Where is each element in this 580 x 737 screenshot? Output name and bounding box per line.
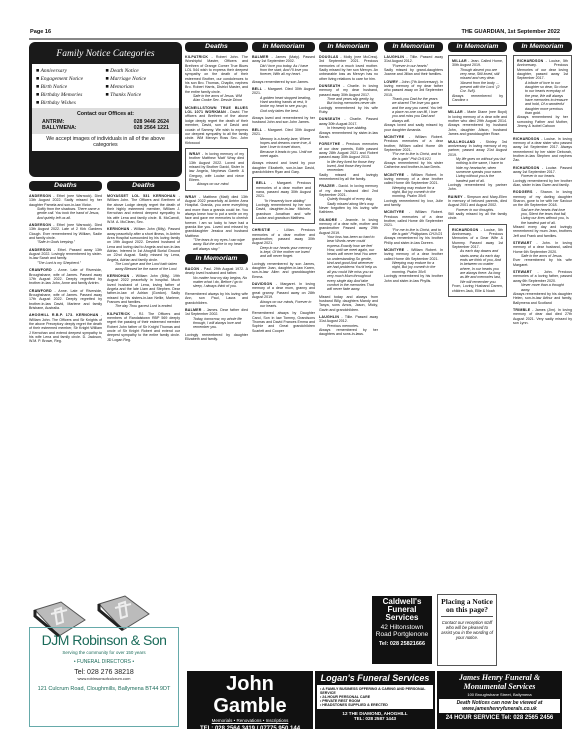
ad-phone: Tel: 028 276 38218 [34, 669, 174, 676]
ad-address: 100 Broughshane Street, Ballymena [439, 692, 560, 697]
notice-remembered-by: Missed every day and lovingly remembered… [513, 225, 572, 238]
notice-entry: FORSYTHE - Precious memories of our dear… [319, 142, 378, 181]
category-item: Marriage Notice [106, 76, 176, 82]
notice-entry: BELL - Margaret. Precious memories of a … [252, 177, 315, 224]
notice-verse: "The tears in my eyes I can wipe away. B… [185, 238, 248, 251]
notice-text: - Marie Diane (nee Boyd) In loving memor… [448, 110, 507, 136]
ad-line: • A FAMILY BUSINESS OFFERING A CARING AN… [320, 687, 430, 695]
contact-offices: Contact our Offices at: ANTRIM:028 9446 … [32, 108, 179, 134]
ad-services-list: • A FAMILY BUSINESS OFFERING A CARING AN… [317, 685, 433, 709]
notice-verse: As each day dawns and starts anew, As ea… [452, 249, 503, 284]
notice-entry: RAINEY - Simpson and Mary-Ellen In memor… [448, 195, 507, 221]
ad-service: • FUNERAL DIRECTORS • [34, 659, 174, 665]
notice-text: - RJ. The Officers and members of Randal… [107, 312, 180, 342]
ad-phone: TEL: 028 2564 3419 / 07775 950 144 [189, 726, 311, 729]
notice-entry: WRAY - In loving memory of my brother Ma… [185, 148, 248, 191]
family-notice-categories-box: Family Notice Categories Anniversary Dea… [29, 42, 182, 177]
ad-james-henry: James Henry Funeral & Monumental Service… [437, 671, 562, 729]
notice-remembered-by: Always remembered by his daughter Helen,… [513, 292, 572, 305]
notice-entry: BALMER - James (Maty). Passed away 1st S… [252, 55, 315, 77]
notice-remembered-by: Always remembered by his brother Philip … [384, 236, 443, 245]
notice-verse: In life they lived for those they loved,… [319, 160, 378, 173]
notice-text: Always loved and remembered by her husba… [252, 116, 315, 124]
notice-text: Always remembered by son James. [252, 80, 309, 84]
ad-phone: TEL: 028 2587 1443 [317, 716, 433, 721]
notice-verse: Deep in our hearts your memory is kept, … [252, 246, 315, 259]
placing-title: Placing a Notice on this page? [441, 598, 493, 617]
ad-line: • HEADSTONES SUPPLIED & ERECTED [320, 703, 430, 707]
category-item: Birth Notice [36, 84, 106, 90]
notice-entry: STEWART - John. In loving memory of a de… [513, 241, 572, 267]
category-item: Death Notice [106, 68, 176, 74]
notice-verse: Quietly thought of every day, Sadly miss… [319, 197, 378, 206]
notice-entry: KILPATRICK - Robert John. The Worshipful… [185, 55, 248, 103]
notice-verse: Time and years slip gently by, But lovin… [319, 97, 378, 106]
notice-entry: MCINTYRE - William Robert. In loving mem… [384, 248, 443, 283]
notice-entry: AHOGHILL R.B.P. 173. KERNOHAN - William … [29, 313, 102, 343]
notice-entry: MILLAR - Marie Diane (nee Boyd) In lovin… [448, 110, 507, 136]
ad-john-gamble: John Gamble Memorials • Renovations • In… [187, 671, 313, 729]
notice-text: - William John (Billy). Passed away peac… [107, 227, 180, 261]
notice-remembered-by: Always loved and sadly missed by your da… [384, 123, 443, 132]
notice-entry: BALMER - James. Dear father died 1st Sep… [185, 308, 248, 330]
ad-website-notice[interactable]: Death Notices can now be viewed at www.j… [439, 699, 560, 713]
notice-entry: RICHARDSON - Louise, 5th Anniversary. Pr… [448, 224, 507, 297]
notice-entry: CRAWFORD - Anne. Late of Riverside, Brou… [29, 289, 102, 311]
ad-title: John Gamble [189, 673, 311, 717]
notice-text: - William John (Billy). 19th August 2022… [107, 274, 180, 304]
notice-text: - William John. The Officers and Sir Kni… [29, 313, 102, 343]
notice-entry: MCNEILLSTOWN TRUE BLUES LOL 1071 WORKMAN… [185, 106, 248, 145]
notice-entry: LAUGHLIN - Tillie. Passed away 31st Augu… [319, 315, 378, 337]
ad-address: 121 Culcrum Road, Cloughmills, Ballymena… [34, 686, 174, 692]
category-item: Thanks Notice [106, 92, 176, 98]
notice-remembered-by: Sadly missed by grand-daughters Joanne a… [384, 68, 443, 77]
section-banner-memoriam: In Memoriam [319, 42, 378, 52]
notice-entry: MCINTYRE - William Robert. Precious memo… [384, 210, 443, 245]
notice-entry: LAUGHLIN - Tillie. Passed away 31st Augu… [384, 55, 443, 77]
notice-entry: Lovingly remembered by son James, daught… [252, 262, 315, 279]
placing-body: Contact our reception staff who will be … [441, 620, 493, 640]
notice-remembered-by: Always remembered by his sister Catherin… [384, 161, 443, 170]
notice-remembered-by: Never forgotten by his loving wife Kathl… [319, 206, 378, 215]
notice-entry: DOUGLAS - Molly (nee McCrea). 3rd Septem… [319, 55, 378, 81]
notice-entry: ANDERSON - Ethel. Passed away 13th Augus… [29, 248, 102, 265]
notice-entry: KERNOHAN - William John (Billy). Passed … [107, 227, 180, 270]
notice-verse: The day Thou gavest Lord is ended. [107, 304, 180, 308]
publication-date: THE GUARDIAN, 1st September 2022 [461, 29, 560, 35]
office-ballymena: BALLYMENA:028 2564 1221 [42, 125, 169, 131]
notice-text: - David. The officers and Brethren of th… [185, 110, 248, 144]
notice-remembered-by: Always remembered by sister-in-law Sarah… [319, 131, 378, 140]
categories-list: Anniversary Death Notice Engagement Noti… [32, 64, 179, 108]
notice-text: Always missed and loved by your daughter… [252, 161, 315, 174]
ad-phone: 24 HOUR SERVICE Tel: 028 2565 2456 [439, 715, 560, 721]
column-memoriam-5: In MemoriamRICHARDSON - Louise, 5th Anni… [513, 42, 572, 328]
notice-verse: Always on our mind. [189, 182, 244, 186]
section-banner-deaths: Deaths [29, 181, 102, 191]
notice-verse: "Safe in Gods keeping." [29, 240, 102, 244]
notice-remembered-by: Always remembered by Caroline x [452, 94, 503, 103]
ad-website: www.robinsonsofculcrum.com [34, 676, 174, 681]
notice-entry: DUNSEATH - Charlie. In loving memory of … [319, 84, 378, 114]
notice-verse: Did I love you today. As I have from the… [252, 64, 315, 77]
notice-remembered-by: Lovingly remembered by her son David, da… [256, 203, 311, 220]
ad-services: Memorials • Renovations • Inscriptions [189, 718, 311, 723]
ad-logans-funeral: Logan's Funeral Services • A FAMILY BUSI… [315, 671, 435, 729]
notice-entry: ANDERSON - Ethel (nee Warnock). Died 13t… [29, 223, 102, 245]
ad-title: Caldwell's Funeral Services [374, 598, 430, 622]
notice-entry: BELL - Margaret. Died 30th August 2021.A… [252, 87, 315, 113]
notice-remembered-by: Lovingly remembered by her brother Alan,… [513, 179, 572, 188]
notice-verse: Sad are the hearts that love you, Silent… [513, 208, 572, 225]
notice-entry: TRIMBLE - James (Jim). In loving memory … [513, 308, 572, 325]
notice-text: Missed today and always from husband Bil… [319, 295, 378, 312]
notice-text: - In loving memory of my brother Matthew… [189, 152, 244, 182]
section-banner-memoriam: In Memoriam [513, 42, 572, 52]
notice-text: - Molly (nee McCrea). 3rd September 2021… [319, 55, 378, 81]
notice-remembered-by: Lovingly remembered by partner John. [448, 183, 507, 192]
placing-notice-box: Placing a Notice on this page? Contact o… [437, 594, 497, 666]
notice-entry: BELL - Margaret. Died 30th August 2021.M… [252, 128, 315, 158]
column-deaths-1: DeathsANDERSON - Ethel (nee Warnock). Di… [29, 181, 102, 347]
notice-text: Remembered always by Daughter Carol, Son… [252, 311, 315, 332]
notice-verse: My life goes on without you but nothing … [448, 157, 507, 183]
office-phone: 028 2564 1221 [134, 125, 169, 131]
notice-verse: Never more than a thought away. [513, 283, 572, 292]
notice-verse: Weeping may endure for a night, But joy … [384, 261, 443, 274]
notice-entry: MULLHOLAND - Shirley. 3rd anniversary. I… [448, 140, 507, 192]
notice-entry: LOWRY - John (7th Anniversary). In lovin… [384, 80, 443, 132]
notice-entry: CRAWFORD - Anne. Late of Riverside, Brou… [29, 268, 102, 285]
ad-address: 42 Hiltonstown Road Portglenone [374, 624, 430, 638]
notice-verse: "The Lord is my Shepherd." [29, 261, 102, 265]
notice-verse: No matter how my day begins, No matter w… [185, 276, 248, 289]
notice-text: Remembered always by his loving wife Ann… [185, 292, 248, 305]
column-memoriam-4: In MemoriamMILLAR - Jean. Called Home, 3… [448, 42, 507, 301]
notice-remembered-by: Lovingly remembered by his brother John … [384, 274, 443, 283]
contact-heading: Contact our Offices at: [42, 111, 169, 117]
notice-entry: MOYASSET LOL 531 KERNOHAN - William John… [107, 194, 180, 224]
notice-verse: Safe in the arms of Jesus. WM Alan Cooke… [185, 94, 248, 103]
notice-text: - Matthew (Matt) died 13th August 2022 p… [185, 195, 248, 238]
notice-entry: KERNOHAN - William John (Billy). 19th Au… [107, 274, 180, 309]
ad-title: DJM Robinson & Son [34, 632, 174, 648]
notice-remembered-by: Lovingly remembered by Ivor, Julie and f… [384, 199, 443, 208]
notice-text: - Margaret. Died 30th August 2021. [252, 87, 315, 95]
section-banner-memoriam: In Memoriam [185, 254, 248, 264]
category-item: Memoriam [106, 84, 176, 90]
notice-text: - Robert John. The Worshipful Master, Of… [185, 55, 248, 94]
notice-entry: Missed today and always from husband Bil… [319, 295, 378, 312]
column-deaths-3: DeathsKILPATRICK - Robert John. The Wors… [185, 42, 248, 344]
notice-entry: BACON - Paul. 29th August 1972. A dearly… [185, 267, 248, 289]
ad-phone: Tel: 028 25821666 [374, 641, 430, 647]
notice-entry: STEWART - John. Precious memories of a l… [513, 270, 572, 305]
notice-verse: Though absent you are very near, Still l… [452, 68, 503, 94]
notice-entry: ANDERSON - Ethel (nee Warnock). Died 13t… [29, 194, 102, 220]
column-memoriam-2: In MemoriamDOUGLAS - Molly (nee McCrea).… [319, 42, 378, 340]
notice-entry: RICHARDSON - Louise. Passed away 1st Sep… [513, 166, 572, 188]
notice-entry: WRAY - Matthew (Matt) died 13th August 2… [185, 195, 248, 251]
notice-entry: RICHARDSON - Louise. In loving memory of… [513, 137, 572, 163]
notice-verse: Always on our minds, Forever in our hear… [252, 300, 315, 309]
ad-caldwells-funeral: Caldwell's Funeral Services 42 Hiltonsto… [372, 596, 432, 664]
column-memoriam-3: In MemoriamLAUGHLIN - Tillie. Passed awa… [384, 42, 443, 286]
notice-verse: The Lord gave and the Lord hath taken aw… [107, 262, 180, 271]
notice-entry: MCINTYRE - William Robert. Precious memo… [384, 135, 443, 170]
ad-tagline: Serving the community for over 150 years [34, 650, 174, 655]
category-item: Anniversary [36, 68, 106, 74]
section-banner-deaths: Deaths [107, 181, 180, 191]
category-item: Engagement Notice [36, 76, 106, 82]
notice-verse: Memory is a lovely lane, Where hopes and… [252, 137, 315, 159]
notice-entry: MCINTYRE - William Robert. In loving mem… [384, 173, 443, 208]
notice-text: Lovingly remembered by son James, daught… [252, 262, 315, 279]
notice-entry: CHRISTIE - Lillian. Precious memories of… [252, 228, 315, 258]
notice-remembered-by: Still sadly missed by all the family cir… [448, 212, 507, 221]
category-item: Birthday Memories [36, 92, 106, 98]
notice-entry: Always loved and remembered by her husba… [252, 116, 315, 125]
section-banner-memoriam: In Memoriam [252, 42, 315, 52]
notice-text: - William John. The Officers and Brethre… [107, 194, 180, 224]
page-header: Page 16 THE GUARDIAN, 1st September 2022 [29, 28, 560, 37]
notice-verse: Your loss has been so hard to bear Words… [319, 235, 378, 291]
notice-entry: Remembered always by his loving wife Ann… [185, 292, 248, 305]
notice-remembered-by: Ever remembered by his wife Margaret. [513, 258, 572, 267]
notice-entry: Remembered always by Daughter Carol, Son… [252, 311, 315, 333]
notice-verse: "For me to live is Christ, and to die is… [384, 152, 443, 161]
notice-remembered-by: Sadly missed and lovingly remembered by … [319, 173, 378, 182]
notice-verse: Today, tomorrow, my whole life through, … [185, 317, 248, 330]
section-banner-deaths: Deaths [185, 42, 248, 52]
ad-title: James Henry Funeral & Monumental Service… [439, 673, 560, 691]
notice-entry: MILLAR - Jean. Called Home, 30th August … [448, 55, 507, 106]
notice-entry: FRAZER - David. In loving memory of my d… [319, 184, 378, 214]
notice-entry: Lovingly remembered by daughter Elizabet… [185, 333, 248, 342]
notice-verse: A tribute of love to our daughter so dea… [517, 81, 568, 116]
notice-text: - Margaret. Died 30th August 2021. [252, 128, 315, 136]
ad-title: Logan's Funeral Services [317, 673, 433, 683]
notice-verse: Weeping may endure for a night, But joy … [384, 186, 443, 199]
notice-entry: DUNSEATH - Charlie. Passed away 30th Aug… [319, 117, 378, 139]
notice-remembered-by: Always remembered by her sorrowing Fathe… [517, 115, 568, 128]
notice-verse: Softly from the shadows. There came a ge… [29, 207, 102, 220]
notice-entry: RICHARDSON - Louise, 5th Anniversary. Pr… [513, 55, 572, 133]
notice-verse: A golden heart stopped beating, Hard wor… [252, 96, 315, 113]
notice-text: - Louise. In loving memory of a dear sis… [513, 137, 572, 163]
notice-verse: "For me to live is Christ, and to die is… [384, 228, 443, 237]
notice-remembered-by: Always remembered by her daughters and s… [319, 328, 378, 337]
notice-remembered-by: Lovingly remembered by his wife Ruby. [319, 106, 378, 115]
notice-entry: Always missed and loved by your daughter… [252, 161, 315, 174]
notice-verse: Thank-you Dad for the years we shared Th… [384, 97, 443, 123]
newspaper-page: Page 16 THE GUARDIAN, 1st September 2022… [29, 28, 560, 708]
categories-title: Family Notice Categories [32, 49, 179, 59]
header-rule [29, 38, 560, 40]
section-banner-memoriam: In Memoriam [448, 42, 507, 52]
notice-text: Lovingly remembered by daughter Elizabet… [185, 333, 248, 341]
notice-remembered-by: From, Loving Husband Darren, children Ja… [452, 284, 503, 293]
office-name: BALLYMENA: [42, 125, 77, 131]
ad-djm-robinson: DJM Robinson & Son Serving the community… [29, 627, 179, 727]
notice-entry: RODGERS - Sharon. In loving memory of my… [513, 190, 572, 238]
notice-entry: KILPATRICK - RJ. The Officers and member… [107, 312, 180, 342]
column-memoriam-1: In MemoriamBALMER - James (Maty). Passed… [252, 42, 315, 336]
category-item: Birthday Wishes [36, 100, 106, 106]
notice-entry: Always remembered by son James. [252, 80, 315, 84]
notice-entry: GILMORE - Jeannie. In loving memory of a… [319, 218, 378, 292]
notice-entry: DAVIDSON - Margaret. In loving memory of… [252, 282, 315, 308]
images-note: We accept images of individuals in all o… [32, 134, 179, 151]
page-number: Page 16 [30, 29, 51, 35]
column-deaths-2: DeathsMOYASSET LOL 531 KERNOHAN - Willia… [107, 181, 180, 345]
section-banner-memoriam: In Memoriam [384, 42, 443, 52]
